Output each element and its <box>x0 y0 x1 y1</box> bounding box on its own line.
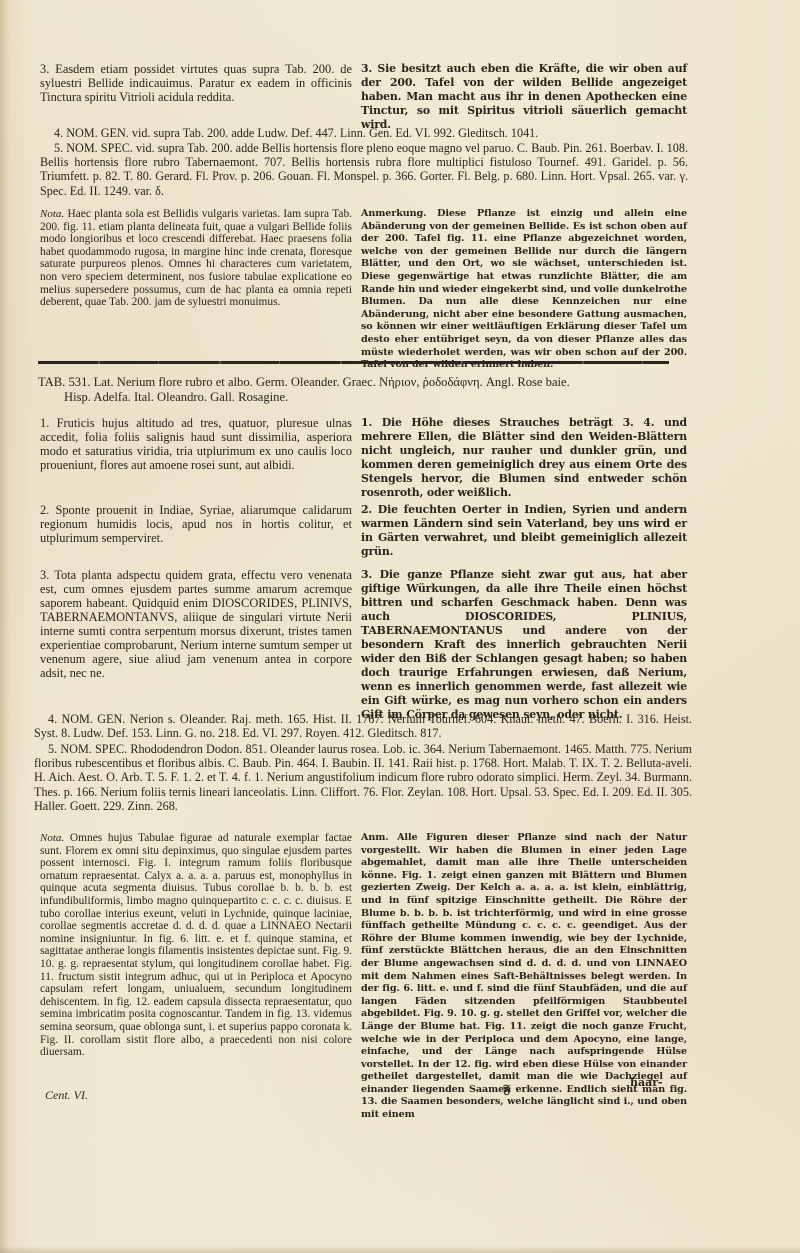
nerium-nom-gen: 4. NOM. GEN. Nerion s. Oleander. Raj. me… <box>34 712 692 740</box>
book-page: 3. Easdem etiam possidet virtutes quas s… <box>0 0 800 1253</box>
nerium-para3-german: 3. Die ganze Pflanze sieht zwar gut aus,… <box>361 568 687 722</box>
signature-mark: Cent. VI. <box>45 1088 88 1103</box>
page-bottom-edge <box>0 1246 800 1253</box>
tab-heading-line1: TAB. 531. Lat. Nerium flore rubro et alb… <box>38 375 678 390</box>
nerium-para1-latin: 1. Fruticis hujus altitudo ad tres, quat… <box>40 416 352 472</box>
bellis-anmerkung-german: Anmerkung. Diese Pflanze ist einzig und … <box>361 208 687 372</box>
nerium-nom-spec: 5. NOM. SPEC. Rhododendron Dodon. 851. O… <box>34 742 692 813</box>
nerium-para2-german: 2. Die feuchten Oerter in Indien, Syrien… <box>361 503 687 559</box>
bellis-para3-latin: 3. Easdem etiam possidet virtutes quas s… <box>40 62 352 104</box>
gathering-mark: 𝔉 <box>503 1082 511 1097</box>
anm-label: Anm. <box>361 832 389 843</box>
bellis-para3-german: 3. Sie besitzt auch eben die Kräfte, die… <box>361 62 687 132</box>
nerium-para2-latin: 2. Sponte prouenit in Indiae, Syriae, al… <box>40 503 352 545</box>
nerium-para3-latin: 3. Tota planta adspectu quidem grata, ef… <box>40 568 352 680</box>
tab-531-heading: TAB. 531. Lat. Nerium flore rubro et alb… <box>38 375 678 405</box>
bellis-nota-latin: Nota. Haec planta sola est Bellidis vulg… <box>40 208 352 309</box>
nerium-para1-german: 1. Die Höhe dieses Strauches beträgt 3. … <box>361 416 687 500</box>
page-edge-shadow <box>0 0 10 1253</box>
nota-label: Nota. <box>40 208 64 220</box>
nerium-nota-latin: Nota. Omnes hujus Tabulae figurae ad nat… <box>40 832 352 1059</box>
anm-label: Anmerkung. <box>361 208 426 219</box>
section-divider-rule <box>38 361 669 364</box>
bellis-nom-gen: 4. NOM. GEN. vid. supra Tab. 200. adde L… <box>40 126 688 140</box>
nota-label: Nota. <box>40 832 64 844</box>
catchword: haar- <box>630 1076 663 1089</box>
bellis-nom-spec: 5. NOM. SPEC. vid. supra Tab. 200. adde … <box>40 141 688 198</box>
tab-heading-line2: Hisp. Adelfa. Ital. Oleandro. Gall. Rosa… <box>38 390 678 405</box>
